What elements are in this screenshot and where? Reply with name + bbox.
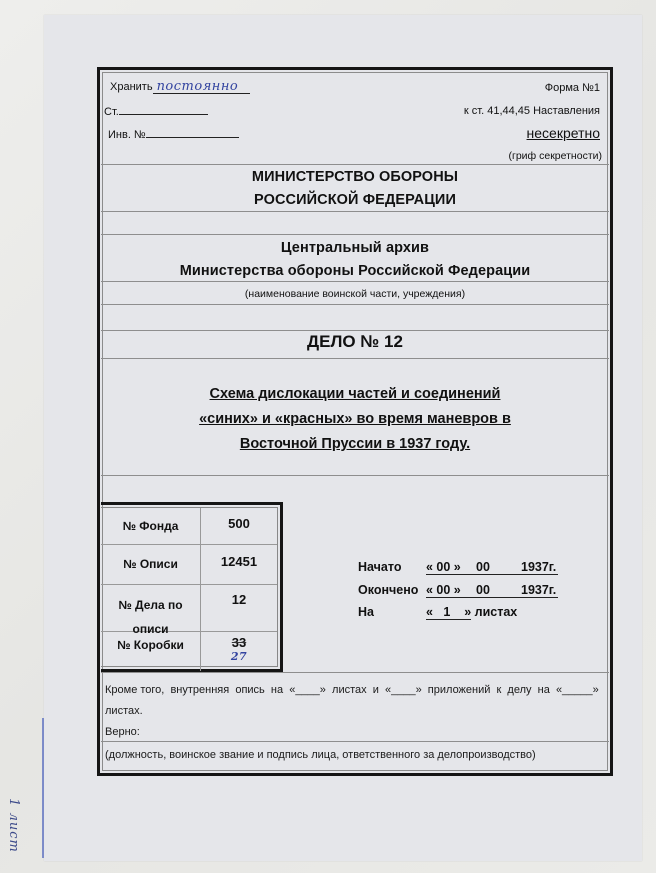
divider	[101, 475, 609, 476]
registry-value: 12451	[201, 545, 277, 584]
divider	[101, 672, 609, 673]
registry-row-fond: № Фонда 500	[101, 508, 277, 545]
ministry-line-2: РОССИЙСКОЙ ФЕДЕРАЦИИ	[101, 192, 609, 208]
registry-label-line-1: № Дела по	[101, 593, 200, 617]
registry-label: № Описи	[101, 545, 201, 584]
sheets-count: На« 1 » листах	[358, 605, 517, 620]
date-started-day: « 00 »	[426, 560, 476, 574]
inv-blank	[146, 127, 239, 138]
registry-value: 33 27	[201, 632, 277, 671]
registry-label: № Коробки	[101, 632, 201, 671]
store-label: Хранить	[110, 81, 153, 93]
divider	[101, 304, 609, 305]
form-label: Форма №1	[545, 82, 600, 94]
inventory-note-line-1: Кроме того, внутренняя опись на «____» л…	[105, 684, 605, 696]
date-ended: Окончено « 00 »001937г.	[358, 583, 558, 598]
date-ended-month: 00	[476, 583, 521, 597]
responsible-caption: (должность, воинское звание и подпись ли…	[105, 749, 536, 761]
divider	[101, 234, 609, 235]
registry-row-delo: № Дела по описи 12	[101, 585, 277, 632]
divider	[101, 211, 609, 212]
case-title: Схема дислокации частей и соединений «си…	[101, 382, 609, 457]
archive-line-2: Министерства обороны Российской Федераци…	[101, 263, 609, 279]
case-number: ДЕЛО № 12	[101, 332, 609, 352]
box-number-handwritten: 27	[201, 650, 277, 664]
store-field: Хранитьпостоянно	[110, 80, 250, 94]
st-blank	[119, 104, 208, 115]
sheets-suffix: листах	[475, 605, 518, 619]
registry-label: № Дела по описи	[101, 585, 201, 631]
case-title-line-3: Восточной Пруссии в 1937 году.	[101, 432, 609, 457]
case-title-line-2: «синих» и «красных» во время маневров в	[101, 407, 609, 432]
st-field: Ст.	[104, 104, 208, 118]
archive-line-1: Центральный архив	[101, 240, 609, 256]
date-started: Начато « 00 »001937г.	[358, 560, 558, 575]
registry-value: 500	[201, 508, 277, 544]
sheets-value: « 1 »	[426, 605, 471, 620]
archive-caption: (наименование воинской части, учреждения…	[101, 288, 609, 300]
st-label: Ст.	[104, 106, 119, 118]
inv-field: Инв. №	[108, 127, 239, 141]
date-ended-year: 1937г.	[521, 583, 556, 597]
store-value-handwritten: постоянно	[153, 80, 250, 94]
inv-label: Инв. №	[108, 129, 146, 141]
divider	[101, 358, 609, 359]
divider	[101, 741, 609, 742]
classification-stamp: несекретно	[527, 125, 600, 141]
date-started-year: 1937г.	[521, 560, 556, 574]
date-started-month: 00	[476, 560, 521, 574]
margin-handwritten-note: 1 лист	[6, 798, 21, 853]
date-ended-label: Окончено	[358, 583, 426, 597]
box-number-struck: 33	[201, 636, 277, 650]
registry-row-box: № Коробки 33 27	[101, 632, 277, 671]
case-title-line-1: Схема дислокации частей и соединений	[101, 382, 609, 407]
registry-label: № Фонда	[101, 508, 201, 544]
classification-caption: (гриф секретности)	[509, 150, 602, 162]
inventory-note-line-2: листах.	[105, 705, 143, 717]
registry-table: № Фонда 500 № Описи 12451 № Дела по опис…	[101, 502, 283, 672]
date-ended-day: « 00 »	[426, 583, 476, 597]
divider	[101, 330, 609, 331]
margin-pen-line	[42, 718, 44, 858]
verified-label: Верно:	[105, 726, 140, 738]
date-started-label: Начато	[358, 560, 426, 574]
registry-row-opis: № Описи 12451	[101, 545, 277, 585]
regulation-ref: к ст. 41,44,45 Наставления	[464, 105, 600, 117]
registry-value: 12	[201, 585, 277, 631]
divider	[101, 164, 609, 165]
ministry-line-1: МИНИСТЕРСТВО ОБОРОНЫ	[101, 169, 609, 185]
sheets-label: На	[358, 605, 426, 619]
divider	[101, 281, 609, 282]
